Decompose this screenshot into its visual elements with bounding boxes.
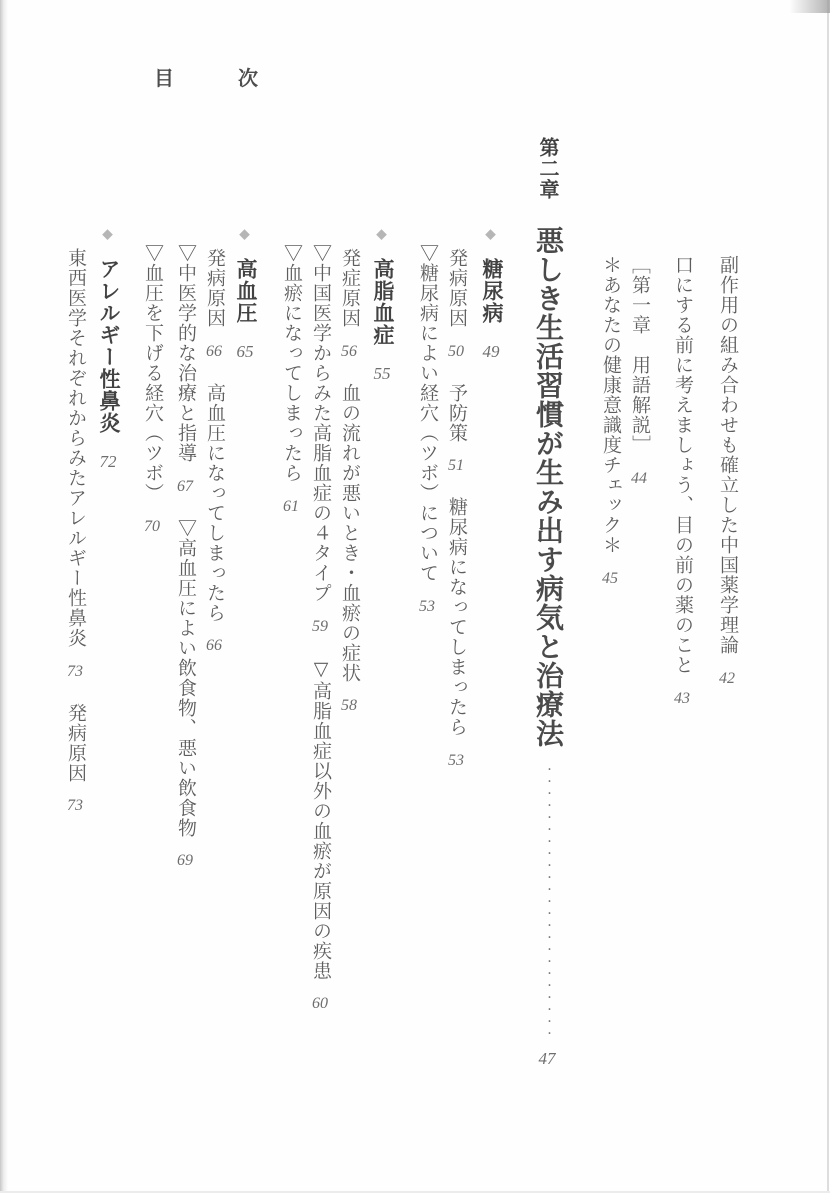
- toc-entry-page: 42: [719, 671, 735, 687]
- section-header-column: ◆ 高脂血症 55: [366, 0, 399, 1193]
- toc-entry-text: 発病原因: [65, 703, 86, 783]
- toc-entry-page: 44: [631, 471, 647, 487]
- toc-entry: 発病原因 73: [65, 703, 86, 817]
- toc-entry: 発病原因 50: [446, 248, 467, 368]
- toc-entry-text: 予防策: [446, 383, 467, 443]
- toc-entry: ▽高脂血症以外の血瘀が原因の疾患 60: [310, 658, 331, 1015]
- section-title: 高血圧: [234, 258, 257, 324]
- toc-entry-page: 61: [283, 499, 299, 515]
- dotted-leader: ・・・・・・・・・・・・・・・・・・・・・・・: [542, 764, 553, 1040]
- toc-entry-page: 43: [674, 691, 690, 707]
- toc-entry: 発症原因 56: [339, 248, 360, 368]
- toc-entry: ▽中国医学からみた高脂血症の４タイプ 59: [310, 243, 331, 643]
- toc-entry-text: 口にする前に考えましょう、目の前の薬のこと: [672, 255, 693, 675]
- scanned-toc-page: 目 次 副作用の組み合わせも確立した中国薬学理論 42 口にする前に考えましょう…: [0, 0, 830, 1193]
- toc-entry-text: ▽糖尿病によい経穴（ツボ）について: [417, 243, 438, 583]
- scan-top-right-shadow: [782, 0, 830, 13]
- toc-entry-page: 66: [206, 638, 222, 654]
- toc-entry: ▽糖尿病によい経穴（ツボ）について 53: [417, 243, 438, 617]
- toc-entry: 発病原因 66: [204, 248, 225, 368]
- toc-column: ［第一章 用語解説］ 44: [625, 0, 654, 1193]
- section-header-column: ◆ アレルギー性鼻炎 72: [92, 0, 125, 1193]
- toc-entry-page: 45: [602, 571, 618, 587]
- section-page: 72: [100, 453, 117, 470]
- toc-entry-text: ▽中国医学からみた高脂血症の４タイプ: [310, 243, 331, 603]
- toc-entry: ＊あなたの健康意識度チェック＊ 45: [600, 255, 621, 589]
- toc-entry: 東西医学それぞれからみたアレルギー性鼻炎 73: [65, 248, 86, 688]
- toc-entry: 副作用の組み合わせも確立した中国薬学理論 42: [717, 255, 738, 689]
- section-page: 55: [374, 365, 391, 382]
- toc-entry-text: ▽高脂血症以外の血瘀が原因の疾患: [310, 658, 331, 981]
- toc-entry-text: 発病原因: [446, 248, 467, 328]
- section-header-column: ◆ 糖尿病 49: [475, 0, 508, 1193]
- toc-entry-text: 血の流れが悪いとき・血瘀の症状: [339, 383, 360, 683]
- section-title: 高脂血症: [371, 258, 394, 346]
- toc-entry: ［第一章 用語解説］ 44: [629, 255, 650, 489]
- toc-entry-page: 59: [312, 619, 328, 635]
- toc-entry-text: 副作用の組み合わせも確立した中国薬学理論: [717, 255, 738, 655]
- toc-entry-page: 67: [177, 479, 193, 495]
- scan-left-edge: [0, 0, 8, 1193]
- toc-column: 東西医学それぞれからみたアレルギー性鼻炎 73 発病原因 73: [61, 0, 90, 1193]
- chapter-title: 悪しき生活習慣が生み出す病気と治療法: [532, 226, 563, 748]
- toc-column: 副作用の組み合わせも確立した中国薬学理論 42: [713, 0, 742, 1193]
- toc-column: ▽血圧を下げる経穴（ツボ） 70: [138, 0, 167, 1193]
- diamond-icon: ◆: [484, 227, 499, 243]
- toc-entry-text: 発症原因: [339, 248, 360, 328]
- toc-column: 発病原因 50 予防策 51 糖尿病になってしまったら 53: [442, 0, 471, 1193]
- toc-column: ▽中国医学からみた高脂血症の４タイプ 59 ▽高脂血症以外の血瘀が原因の疾患 6…: [306, 0, 335, 1193]
- toc-entry-page: 53: [419, 599, 435, 615]
- toc-entry: 予防策 51: [446, 383, 467, 483]
- toc-column: 口にする前に考えましょう、目の前の薬のこと 43: [668, 0, 697, 1193]
- chapter-title-column: 第二章 悪しき生活習慣が生み出す病気と治療法 ・・・・・・・・・・・・・・・・・…: [524, 0, 570, 1193]
- toc-entry-text: ▽中医学的な治療と指導: [175, 243, 196, 463]
- toc-entry: 糖尿病になってしまったら 53: [446, 497, 467, 771]
- toc-entry-page: 73: [67, 664, 83, 680]
- toc-entry-text: ▽血瘀になってしまったら: [281, 243, 302, 483]
- diamond-icon: ◆: [238, 227, 253, 243]
- toc-entry: ▽血瘀になってしまったら 61: [281, 243, 302, 517]
- toc-entry-text: ▽血圧を下げる経穴（ツボ）: [142, 243, 163, 503]
- toc-entry-page: 50: [448, 344, 464, 360]
- scan-right-edge: [827, 0, 829, 1193]
- toc-entry-text: 発病原因: [204, 248, 225, 328]
- toc-entry-page: 56: [341, 344, 357, 360]
- diamond-icon: ◆: [375, 227, 390, 243]
- toc-column: 発病原因 66 高血圧になってしまったら 66: [200, 0, 229, 1193]
- toc-entry-page: 58: [341, 698, 357, 714]
- toc-entry: ▽中医学的な治療と指導 67: [175, 243, 196, 503]
- toc-entry: ▽血圧を下げる経穴（ツボ） 70: [142, 243, 163, 537]
- chapter-page: 47: [539, 1050, 556, 1067]
- section-page: 49: [483, 343, 500, 360]
- chapter-label: 第二章: [536, 137, 558, 200]
- section-header-column: ◆ 高血圧 65: [229, 0, 262, 1193]
- table-of-contents: 副作用の組み合わせも確立した中国薬学理論 42 口にする前に考えましょう、目の前…: [61, 0, 742, 1193]
- toc-entry: 高血圧になってしまったら 66: [204, 383, 225, 657]
- toc-entry-text: ＊あなたの健康意識度チェック＊: [600, 255, 621, 555]
- toc-entry-page: 51: [448, 458, 464, 474]
- toc-entry: ▽高血圧によい飲食物、悪い飲食物 69: [175, 518, 196, 872]
- toc-entry-page: 73: [67, 798, 83, 814]
- toc-column: ▽血瘀になってしまったら 61: [277, 0, 306, 1193]
- toc-entry: 口にする前に考えましょう、目の前の薬のこと 43: [672, 255, 693, 709]
- toc-entry: 血の流れが悪いとき・血瘀の症状 58: [339, 383, 360, 717]
- toc-entry-page: 69: [177, 853, 193, 869]
- toc-column: 発症原因 56 血の流れが悪いとき・血瘀の症状 58: [335, 0, 364, 1193]
- toc-column: ＊あなたの健康意識度チェック＊ 45: [596, 0, 625, 1193]
- toc-column: ▽中医学的な治療と指導 67 ▽高血圧によい飲食物、悪い飲食物 69: [171, 0, 200, 1193]
- section-page: 65: [237, 343, 254, 360]
- section-title: アレルギー性鼻炎: [97, 258, 120, 434]
- toc-entry-text: 糖尿病になってしまったら: [446, 497, 467, 737]
- toc-entry-text: 高血圧になってしまったら: [204, 383, 225, 623]
- toc-entry-page: 60: [312, 996, 328, 1012]
- toc-entry-page: 70: [144, 519, 160, 535]
- toc-entry-text: ▽高血圧によい飲食物、悪い飲食物: [175, 518, 196, 838]
- diamond-icon: ◆: [101, 227, 116, 243]
- toc-entry-page: 66: [206, 344, 222, 360]
- section-title: 糖尿病: [480, 258, 503, 324]
- toc-entry-text: ［第一章 用語解説］: [629, 255, 650, 455]
- toc-entry-text: 東西医学それぞれからみたアレルギー性鼻炎: [65, 248, 86, 648]
- toc-column: ▽糖尿病によい経穴（ツボ）について 53: [413, 0, 442, 1193]
- toc-entry-page: 53: [448, 753, 464, 769]
